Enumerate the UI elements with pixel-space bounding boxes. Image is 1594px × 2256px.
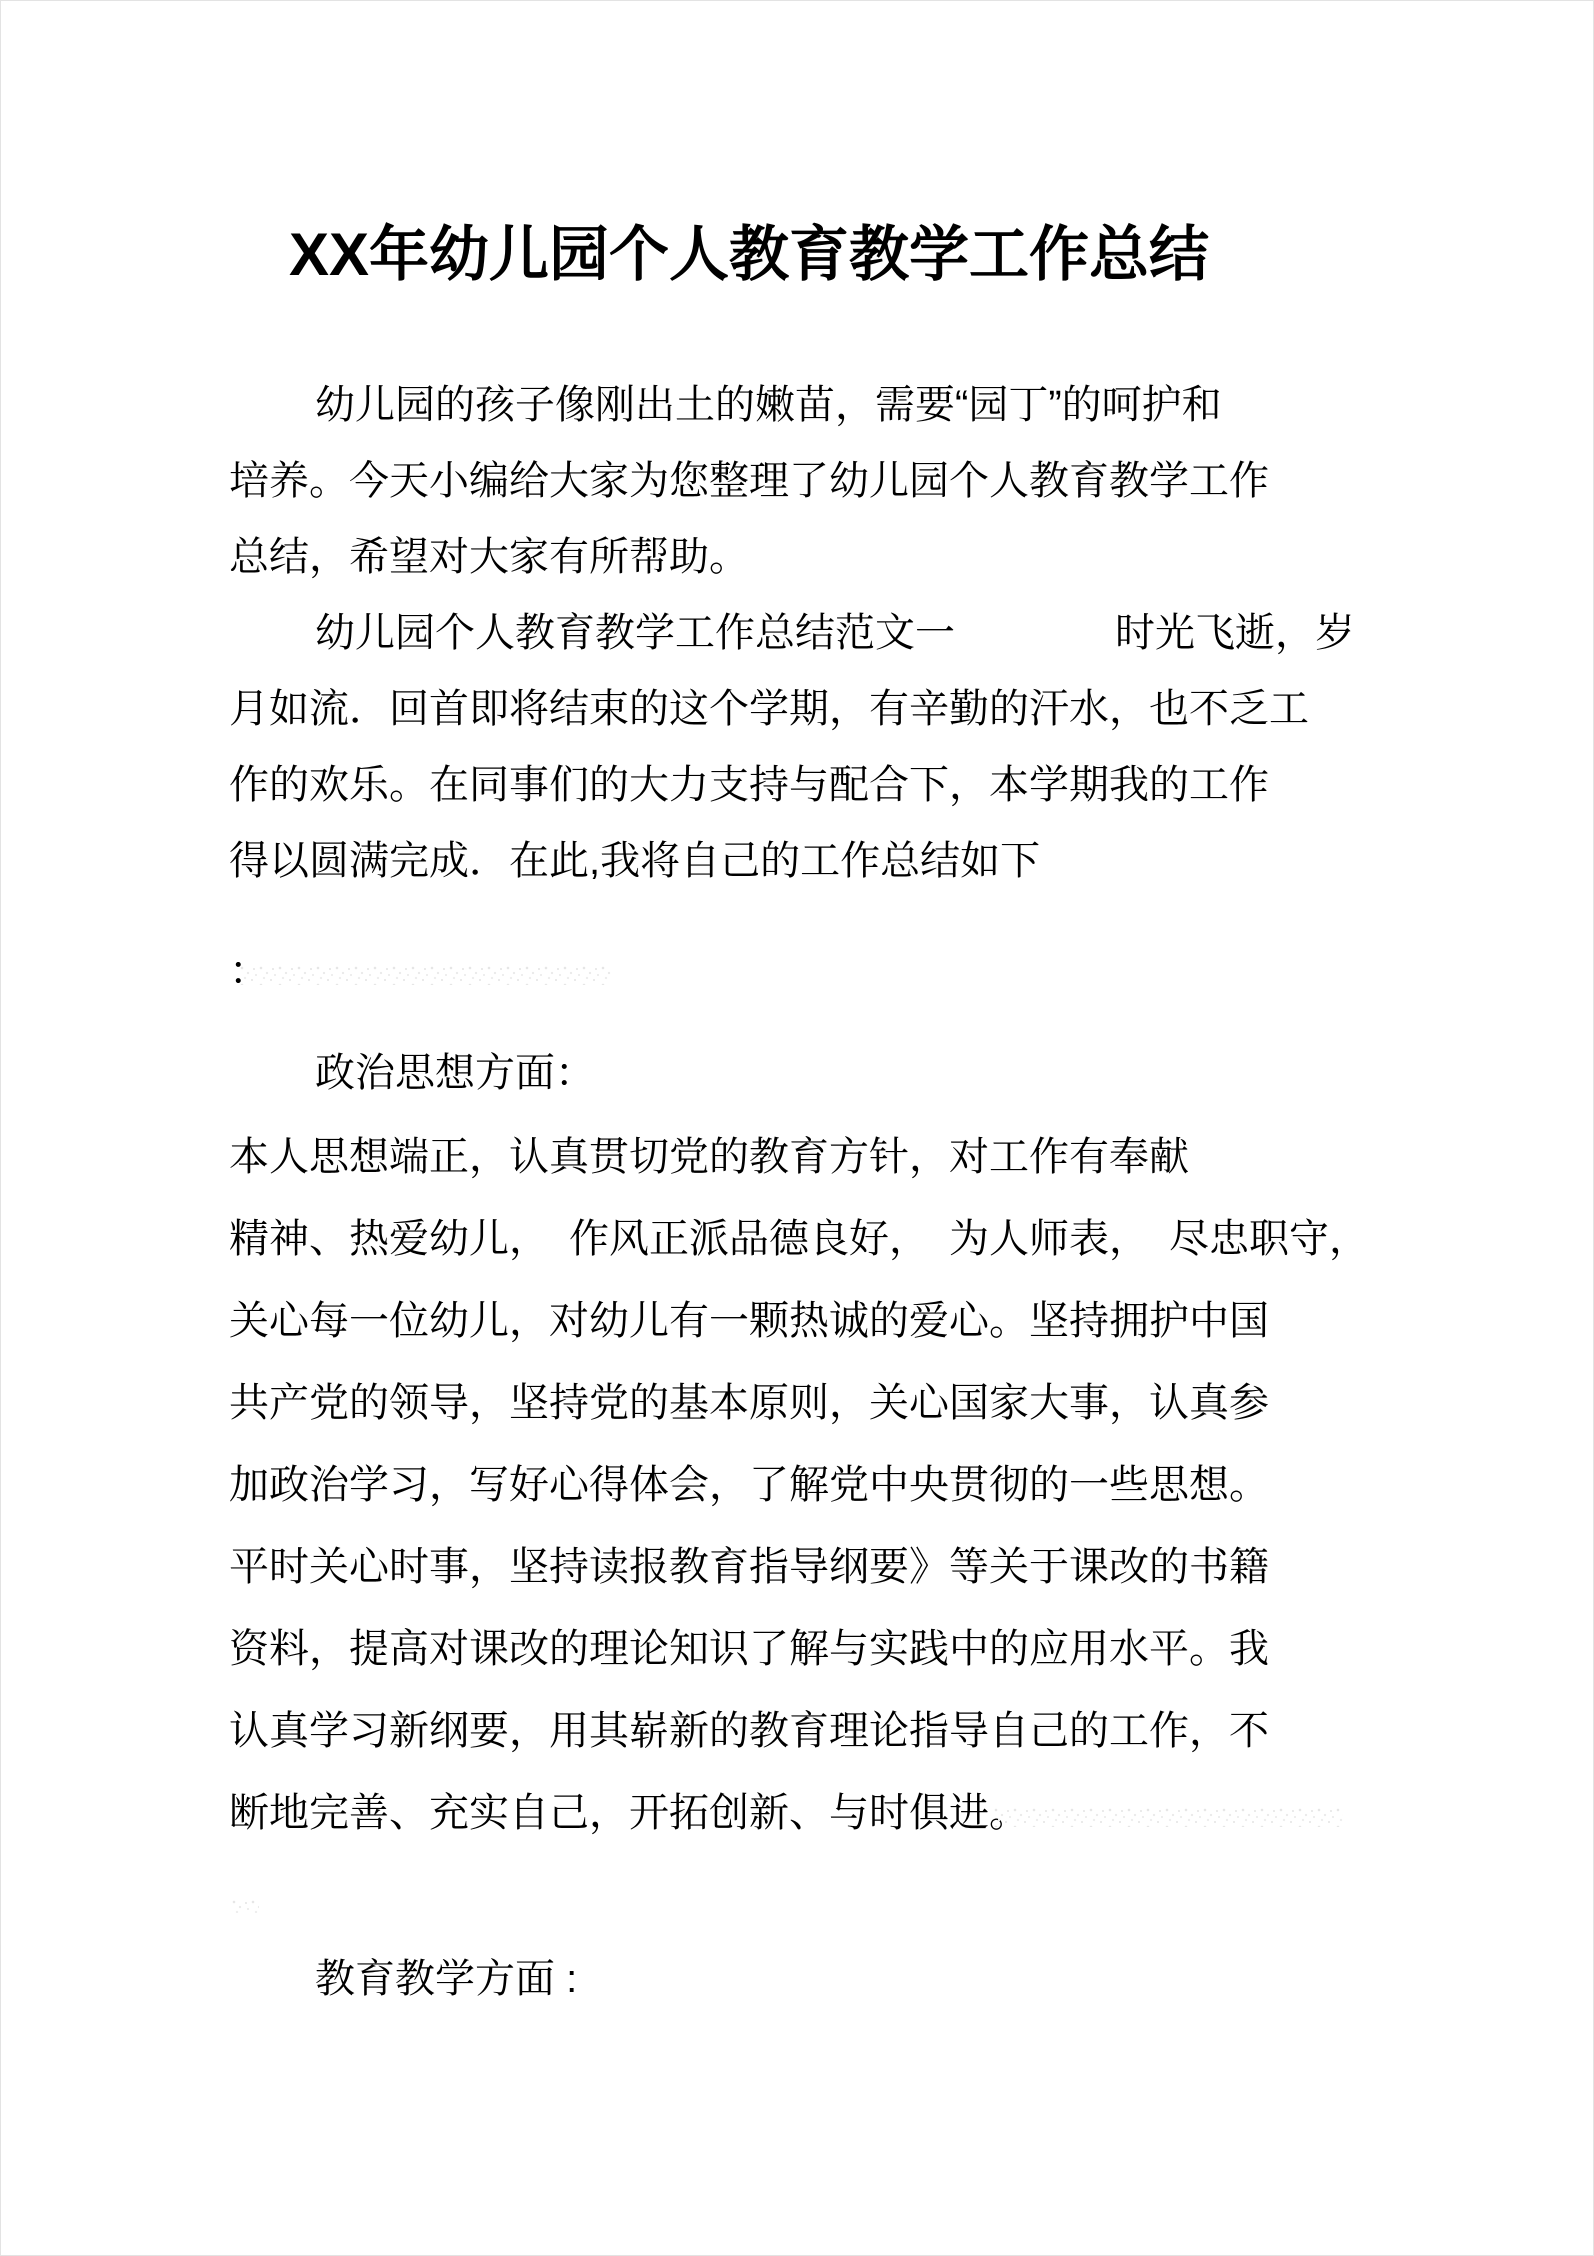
paragraph2-line: 作的欢乐。在同事们的大力支持与配合下，本学期我的工作	[229, 763, 1269, 807]
section1-line: 本人思想端正，认真贯切党的教育方针，对工作有奉献	[229, 1135, 1189, 1179]
section2-heading: 教育教学方面 :	[229, 1957, 577, 2001]
paragraph1-line: 幼儿园的孩子像刚出土的嫩苗，需要“园丁”的呵护和	[229, 383, 1222, 427]
section1-line: 关心每一位幼儿，对幼儿有一颗热诚的爱心。坚持拥护中国	[229, 1299, 1269, 1343]
section1-line: 加政治学习，写好心得体会，了解党中央贯彻的一些思想。	[229, 1463, 1269, 1507]
paragraph1-line: 培养。今天小编给大家为您整理了幼儿园个人教育教学工作	[229, 459, 1269, 503]
page-title: XX年幼儿园个人教育教学工作总结	[289, 207, 1209, 293]
section1-heading: 政治思想方面：	[229, 1051, 595, 1095]
document-page: XX年幼儿园个人教育教学工作总结 幼儿园的孩子像刚出土的嫩苗，需要“园丁”的呵护…	[0, 0, 1594, 2256]
section1-line: 平时关心时事，坚持读报教育指导纲要》等关于课改的书籍	[229, 1545, 1269, 1589]
section1-line: 断地完善、充实自己，开拓创新、与时俱进。	[229, 1791, 1029, 1835]
section1-line: 共产党的领导，坚持党的基本原则，关心国家大事，认真参	[229, 1381, 1269, 1425]
section1-line: 资料，提高对课改的理论知识了解与实践中的应用水平。我	[229, 1627, 1269, 1671]
paragraph2-line: 幼儿园个人教育教学工作总结范文一 时光飞逝，岁	[229, 611, 1355, 655]
paragraph2-line: 得以圆满完成．在此,我将自己的工作总结如下	[229, 839, 1040, 883]
faint-watermark	[993, 1807, 1343, 1827]
section1-line: 认真学习新纲要，用其崭新的教育理论指导自己的工作，不	[229, 1709, 1269, 1753]
paragraph2-line: 月如流．回首即将结束的这个学期，有辛勤的汗水，也不乏工	[229, 687, 1309, 731]
faint-watermark	[239, 965, 611, 985]
paragraph1-line: 总结，希望对大家有所帮助。	[229, 535, 749, 579]
section1-line: 精神、热爱幼儿， 作风正派品德良好， 为人师表， 尽忠职守，	[229, 1217, 1369, 1261]
faint-smudge	[231, 1899, 259, 1913]
